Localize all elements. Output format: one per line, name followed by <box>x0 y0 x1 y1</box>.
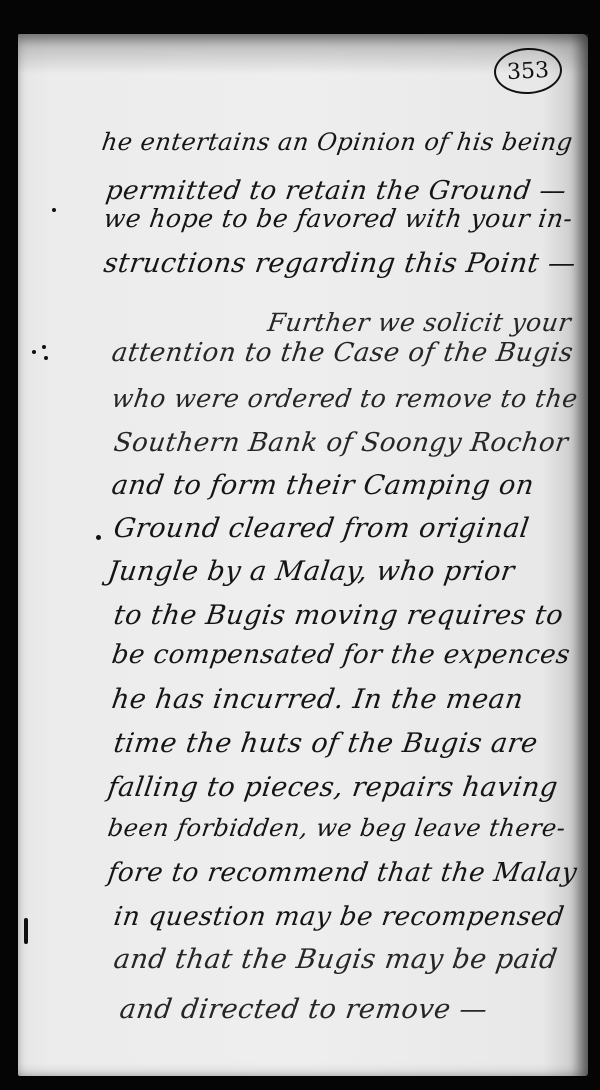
manuscript-line: in question may be recompensed <box>112 902 566 932</box>
manuscript-line: he has incurred. In the mean <box>110 684 526 715</box>
manuscript-line: falling to pieces, repairs having <box>106 772 560 803</box>
manuscript-line: he entertains an Opinion of his being <box>100 128 575 156</box>
manuscript-line: and to form their Camping on <box>110 470 536 501</box>
manuscript-line: and that the Bugis may be paid <box>112 944 560 975</box>
manuscript-line: structions regarding this Point — <box>102 248 578 279</box>
manuscript-line: Ground cleared from original <box>112 513 531 544</box>
manuscript-line: we hope to be favored with your in- <box>102 204 575 233</box>
margin-dot <box>44 356 48 360</box>
margin-dot <box>52 208 56 212</box>
manuscript-line: to the Bugis moving requires to <box>112 600 566 631</box>
manuscript-line: been forbidden, we beg leave there- <box>106 814 567 842</box>
manuscript-line: Southern Bank of Soongy Rochor <box>112 428 570 458</box>
folio-number: 353 <box>506 57 549 84</box>
manuscript-line: and directed to remove — <box>118 994 490 1025</box>
margin-dot <box>32 350 36 354</box>
manuscript-line: attention to the Case of the Bugis <box>110 338 575 368</box>
manuscript-line: who were ordered to remove to the <box>110 384 580 413</box>
manuscript-line: permitted to retain the Ground — <box>104 176 568 206</box>
margin-dot <box>42 345 46 349</box>
manuscript-line: fore to recommend that the Malay <box>106 858 579 888</box>
manuscript-line: Further we solicit your <box>266 308 573 337</box>
manuscript-line: time the huts of the Bugis are <box>112 728 540 759</box>
manuscript-line: be compensated for the expences <box>110 640 572 670</box>
margin-dot <box>96 535 101 540</box>
margin-stroke <box>24 918 28 944</box>
manuscript-line: Jungle by a Malay, who prior <box>106 556 517 587</box>
